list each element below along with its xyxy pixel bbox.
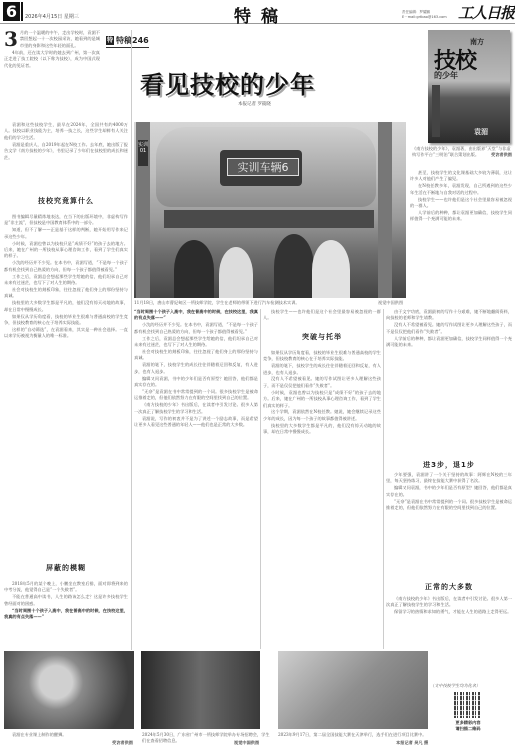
paragraph: 工作之后，袁湄总会想起那些学生给她的信，他们坦承自己对未来有过迷茫，也写下了对人… (4, 274, 128, 287)
article-column-1-bottom: 屏蔽的模糊 2018年5月的某个晚上，小鹏坐在教室后排，面对即将到来的中考分流，… (4, 551, 128, 647)
paragraph: 小时候，袁湄也曾以为技校只是“成绩不好”的孩子去的地方。后来，她在广州的一所技校… (4, 241, 128, 260)
paragraph: 袁湄和这些技校学生，最早在2024年，全国共有约4000万人。技校以职业技能为主… (4, 122, 128, 141)
paragraph: 小沈的经历并不少见。在本书中，袁湄写道，“不是每一个孩子都有机会找到自己热爱的方… (4, 260, 128, 273)
paragraph: 这个学期，袁湄依然在N校任教。她说，她会继续记录这些少年的成长，因为每一个孩子的… (263, 409, 381, 422)
section-title: 特稿 (234, 2, 288, 27)
paragraph: 《南方技校的少年》书出版后，在读者中引发讨论。很多人第一次真正了解技校学生的学习… (386, 596, 512, 609)
qr-label: 更多精彩内容 请扫描二维码 (450, 720, 486, 731)
newspaper-masthead: 工人日报 (458, 2, 514, 23)
paragraph: 月的一个温暖的中午，走出学校时，袁湄不禁回想起一十一次校园采访，她看到的是城市里… (4, 30, 100, 49)
paragraph: 编辑又问袁湄，书中的少年们是否有原型？她回答，他们都是真实存在的。 (386, 485, 512, 498)
photo-credit: 视觉中国供图 (234, 740, 259, 746)
student-figure (312, 240, 350, 298)
page-header: 6 2026年4月15日 星期三 特稿 责任编辑：罗耀鹏 E－mail:grtb… (0, 0, 515, 24)
paragraph: 小时候，袁湄也曾以为技校只是“成绩不好”的孩子去的地方。后来，她在广州的一所技校… (263, 390, 381, 409)
paragraph: 在N校任教多年，袁湄发现，自己所遇到的这些少年生活在不断地与自我对话的过程中。 (410, 183, 512, 196)
paragraph: 工作之后，袁湄总会想起那些学生给她的信，他们坦承自己对未来有过迷茫，也写下了对人… (134, 336, 258, 349)
paragraph: 袁湄说，写作的初衷并不是为了讲述一个励志故事，而是希望让更多人看见这些普通的年轻… (134, 416, 258, 429)
book-caption: 《南方技校的少年》，袁湄著，由出版界“天堂”与非虚构写作平台“三明治”联合策划出… (412, 146, 512, 158)
car-underside (164, 210, 374, 228)
book-title-sub: 的少年 (434, 70, 458, 81)
paragraph: 知道，但不了解——正是基于这样的判断，她开始用写作来记录这些少年。 (4, 227, 128, 240)
article-signoff: （文中技校学生均为化名） (430, 683, 480, 689)
lift-pillar: 实训01 (136, 122, 150, 298)
paragraph: 不能在普通高中读书，人生的路该怎么走？这是许多技校学生曾经面对的困惑。 (4, 594, 128, 607)
paragraph: 人学前后的种种，都让袁湄更加确信，技校学生同样值得一个充满可能的未来。 (386, 336, 512, 349)
section-heading: 突破与托举 (263, 332, 381, 342)
book-cover: 南方 技校 的少年 袁湄 (428, 30, 510, 143)
editor-info: 责任编辑：罗耀鹏 E－mail:grtbao@163.com (402, 10, 447, 19)
book-spine (432, 85, 440, 137)
drop-cap: 3 (4, 31, 18, 47)
paragraph: 没有人不希望被看见。她的写作试图让更多人理解这些孩子，而不是仅仅把他们看作“失败… (386, 322, 512, 335)
paragraph: 如果仅从学历角度看，技校的毕业生很难与普通高校的学生竞争，但技校教育的核心在于培… (4, 314, 128, 327)
paragraph: 如果仅从学历角度看，技校的毕业生很难与普通高校的学生竞争，但技校教育的核心在于培… (263, 350, 381, 363)
paragraph: 4年前，还在读大学时的她去到广州，第一次真正走进了技工院校（以下称为技校），成为… (4, 50, 100, 69)
kicker-label: 特稿246 (116, 35, 149, 46)
article-column-1-section: 技校究竟算什么 图书编辑尽量精炼地表达，在当下的出版环境中，非虚构写作是“非主流… (4, 186, 128, 551)
student-figure (219, 247, 253, 298)
photo-credit: 本报记者 吴凡 摄 (396, 740, 428, 746)
column-divider (383, 309, 384, 649)
paragraph: 袁湄是重庆人，自2019年起在N校工作。去年底，她出版了报告文学《南方技校的少年… (4, 142, 128, 161)
article-column-3: 技校学生——也许他们是这个社会里最容易被忽视的一群人。 突破与托举 如果仅从学历… (263, 309, 381, 649)
article-column-4-s5: 正常的大多数 《南方技校的少年》书出版后，在读者中引发讨论。很多人第一次真正了解… (386, 582, 512, 646)
paragraph: 这样的“自动筛选”，在袁湄看来，其实是一种社会选择。一直以来学历被视为衡量人的唯… (4, 327, 128, 340)
paragraph: 人学前后的种种，都让袁湄更加确信，技校学生同样值得一个充满可能的未来。 (410, 210, 512, 223)
training-plate: 实训车辆6 (227, 158, 299, 176)
paragraph: 没有人不希望被看见。她的写作试图让更多人理解这些孩子，而不是仅仅把他们看作“失败… (263, 376, 381, 389)
teacher-figure (274, 234, 314, 298)
main-photo-caption: 11月18日，唐山市曹妃甸区一所技师学院，学生在老师的带领下进行汽车检测技术实训… (134, 300, 354, 306)
paragraph: 2018年5月的某个晚上，小鹏坐在教室后排，面对即将到来的中考分流，他觉得自己是… (4, 581, 128, 594)
pillar-sign: 实训01 (138, 140, 148, 166)
column-divider (260, 309, 261, 649)
paragraph: 《南方技校的少年》书出版后，在读者中引发讨论。很多人第一次真正了解技校学生的学习… (134, 402, 258, 415)
book-author: 袁湄 (474, 127, 488, 137)
section-heading: 进3步，退1步 (386, 460, 512, 470)
paragraph: 编辑又问袁湄，书中的少年们是否有原型？她回答，他们都是真实存在的。 (134, 376, 258, 389)
column-kicker: 特 特稿246 (106, 35, 149, 48)
article-column-1-top: 3 月的一个温暖的中午，走出学校时，袁湄不禁回想起一十一次校园采访，她看到的是城… (4, 30, 100, 124)
paragraph: “当时周围十个孩子入高中，我在普高中的时候，在技校这里，我真的有点失落——” (134, 309, 258, 322)
paragraph: 技校学生——也许他们是这个社会里最容易被忽视的一群人。 (263, 309, 381, 322)
student-figure (174, 240, 214, 298)
section-heading: 技校究竟算什么 (4, 196, 128, 206)
paragraph: 由于文字功底，袁湄最初的写作十分艰难，她不断地翻阅资料，向技校的老师和学生请教。 (386, 309, 512, 322)
article-column-4: 由于文字功底，袁湄最初的写作十分艰难，她不断地翻阅资料，向技校的老师和学生请教。… (386, 309, 512, 459)
paragraph: 甚至，技校学生的文化课基础大多较为薄弱，这让许多人对他们产生了偏见。 (410, 170, 512, 183)
book-credit: 受访者供图 (491, 152, 512, 158)
headline: 看见技校的少年 (140, 65, 315, 100)
paragraph: 技校里的大多数学生都是平凡的，他们没有惊天动地的故事，却在日常中慢慢成长。 (263, 423, 381, 436)
qr-code[interactable] (454, 692, 480, 718)
paragraph: 图书编辑尽量精炼地表达，在当下的出版环境中，非虚构写作是“非主流”，但技校是中国… (4, 214, 128, 227)
article-column-4-s4: 少年要强，袁湄讲了一个关于坚持的故事：阿辉在N校的三年里，每天坚持练习，最终在技… (386, 472, 512, 582)
qr-label-line2: 请扫描二维码 (450, 726, 486, 732)
paragraph: 技校学生——也许他们是这个社会里最容易被忽视的一群人。 (410, 197, 512, 210)
issue-date: 2026年4月15日 星期三 (25, 13, 79, 20)
article-column-right-top: 甚至，技校学生的文化课基础大多较为薄弱，这让许多人对他们产生了偏见。 在N校任教… (410, 170, 512, 298)
photo-credit: 受访者供图 (112, 740, 133, 746)
page-number: 6 (3, 2, 20, 21)
photo-job-fair (141, 651, 260, 729)
photo-caption: 袁湄在专业课上制作的醒狮。 (12, 732, 66, 738)
paragraph: 袁湄的笔下，技校学生的成长往往伴随着迂回和反复，有人进步，也有人退步。 (263, 363, 381, 376)
paragraph: 社会对技校生的刻板印象，往往忽视了他们身上的那份坚持与真诚。 (134, 349, 258, 362)
editor-email: E－mail:grtbao@163.com (402, 15, 447, 20)
section-heading: 正常的大多数 (386, 582, 512, 592)
lift-pillar (378, 122, 392, 298)
photo-skills-competition (278, 651, 428, 729)
article-column-1-intro: 袁湄和这些技校学生，最早在2024年，全国共有约4000万人。技校以职业技能为主… (4, 122, 128, 188)
page-number-bar (21, 2, 23, 21)
section-heading: 屏蔽的模糊 (4, 563, 128, 573)
paragraph: “无奈”是袁湄在书中常常提到的一个词。很多技校学生是被命运推着走的，但他们依然努… (134, 389, 258, 402)
paragraph: 保留学习的热情和求知的勇气，才能在人生的道路上走得更远。 (386, 609, 512, 615)
paragraph: 小沈的经历并不少见。在本书中，袁湄写道，“不是每一个孩子都有机会找到自己热爱的方… (134, 322, 258, 335)
photo-lion-head-craft (4, 651, 134, 729)
byline: 本报记者 罗筱晓 (238, 101, 271, 107)
paragraph: 少年要强，袁湄讲了一个关于坚持的故事：阿辉在N校的三年里，每天坚持练习，最终在技… (386, 472, 512, 485)
paragraph: “当时周围十个孩子入高中，我在普高中的时候，在技校这里，我真的有点失落——” (4, 608, 128, 621)
feature-icon: 特 (106, 36, 114, 45)
paragraph: 袁湄的笔下，技校学生的成长往往伴随着迂回和反复，有人进步，也有人退步。 (134, 362, 258, 375)
article-column-2: “当时周围十个孩子入高中，我在普高中的时候，在技校这里，我真的有点失落——” 小… (134, 309, 258, 649)
main-photo-car-training: 实训01 实训车辆6 (134, 122, 406, 298)
column-divider (131, 30, 132, 650)
qr-label-line1: 更多精彩内容 (450, 720, 486, 726)
main-photo-credit: 视觉中国供图 (378, 300, 403, 306)
paragraph: “无奈”是袁湄在书中常常提到的一个词。很多技校学生是被命运推着走的，但他们依然努… (386, 499, 512, 512)
paragraph: 技校里的大多数学生都是平凡的，他们没有惊天动地的故事，却在日常中慢慢成长。 (4, 300, 128, 313)
paragraph: 社会对技校生的刻板印象，往往忽视了他们身上的那份坚持与真诚。 (4, 287, 128, 300)
